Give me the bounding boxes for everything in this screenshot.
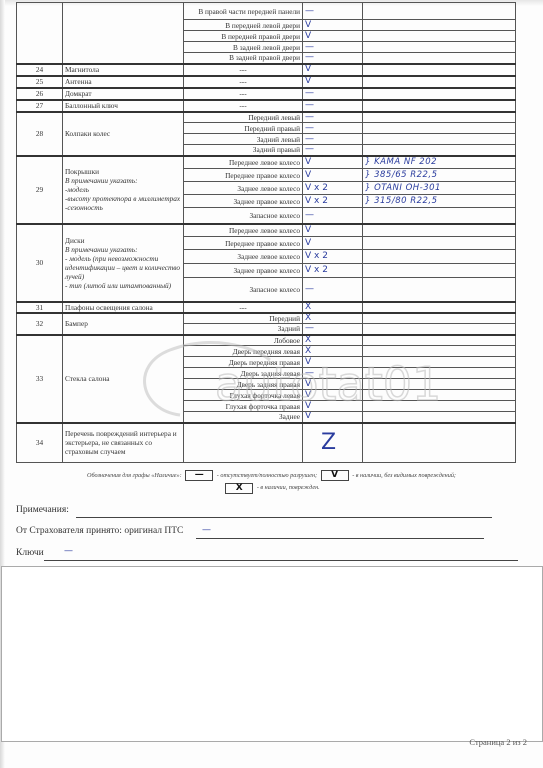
- presence-mark[interactable]: —: [303, 3, 363, 20]
- presence-mark[interactable]: —: [303, 278, 363, 302]
- presence-mark[interactable]: —: [303, 42, 363, 53]
- item-name: Баллонный ключ: [63, 100, 184, 112]
- notes-label: Примечания:: [16, 505, 69, 515]
- presence-mark[interactable]: X: [303, 302, 363, 313]
- sub-item-label: Глухая форточка правая: [184, 401, 303, 412]
- legend-ok-box: V: [321, 470, 349, 481]
- legend-damaged-text: - в наличии, поврежден.: [257, 484, 320, 491]
- table-row: 31Плафоны освещения салона---X: [17, 302, 516, 313]
- legend-absent-box: —: [185, 470, 213, 481]
- table-row: 30ДискиВ примечании указать:- модель (пр…: [17, 224, 516, 237]
- item-name: Перечень повреждений интерьера и экстерь…: [63, 423, 184, 463]
- presence-mark[interactable]: V: [303, 224, 363, 237]
- note-cell[interactable]: [363, 401, 516, 412]
- note-cell[interactable]: } KAMA NF 202: [363, 156, 516, 169]
- sub-item-label: Передний левый: [184, 112, 303, 123]
- notes-field[interactable]: [76, 517, 492, 518]
- item-name: Стекла салона: [63, 335, 184, 423]
- keys-value: —: [64, 546, 73, 556]
- item-title: Перечень повреждений интерьера и экстерь…: [65, 429, 181, 456]
- sub-item-label: Дверь передняя правая: [184, 357, 303, 368]
- sub-item-label: Переднее правое колесо: [184, 169, 303, 182]
- note-cell[interactable]: [363, 88, 516, 100]
- presence-mark[interactable]: X: [303, 335, 363, 346]
- table-row: 28Колпаки колесПередний левый—: [17, 112, 516, 123]
- row-number: 30: [17, 224, 63, 302]
- table-row: 24Магнитола---V: [17, 64, 516, 76]
- note-cell[interactable]: [363, 100, 516, 112]
- note-cell[interactable]: [363, 208, 516, 224]
- presence-mark[interactable]: V: [303, 379, 363, 390]
- presence-mark[interactable]: X: [303, 346, 363, 357]
- item-title: Стекла салона: [65, 374, 181, 383]
- cross-icon: X: [226, 483, 252, 493]
- table-row: 33Стекла салонаЛобовоеX: [17, 335, 516, 346]
- note-cell[interactable]: [363, 278, 516, 302]
- sub-item-label: ---: [184, 100, 303, 112]
- item-instruction: -сезонность: [65, 203, 181, 212]
- blank-area: [1, 566, 543, 742]
- note-cell[interactable]: } 385/65 R22,5: [363, 169, 516, 182]
- table-row: 32БамперПереднийX: [17, 313, 516, 324]
- sub-item-label: В задней правой двери: [184, 53, 303, 64]
- legend-ok-text: - в наличии, без видимых повреждений;: [352, 472, 456, 479]
- sub-item-label: Глухая форточка левая: [184, 390, 303, 401]
- note-cell[interactable]: [363, 250, 516, 264]
- presence-mark[interactable]: X: [303, 313, 363, 324]
- legend-absent-text: - отсутствует/полностью разрушен;: [217, 472, 317, 479]
- presence-mark[interactable]: V: [303, 156, 363, 169]
- page-number: Страница 2 из 2: [469, 737, 527, 747]
- row-number: [17, 3, 63, 64]
- sub-item-label: Задний: [184, 324, 303, 335]
- note-cell[interactable]: [363, 112, 516, 123]
- row-number: 24: [17, 64, 63, 76]
- presence-mark[interactable]: —: [303, 145, 363, 156]
- sub-item-label: Заднее правое колесо: [184, 195, 303, 208]
- item-title: Плафоны освещения салона: [65, 303, 181, 312]
- presence-mark[interactable]: V: [303, 169, 363, 182]
- item-title: Покрышки: [65, 167, 181, 176]
- note-cell[interactable]: [363, 412, 516, 423]
- note-cell[interactable]: [363, 264, 516, 278]
- item-instruction: В примечании указать:: [65, 245, 181, 254]
- item-name: Бампер: [63, 313, 184, 335]
- item-title: Диски: [65, 236, 181, 245]
- table-row: 29ПокрышкиВ примечании указать:-модель-в…: [17, 156, 516, 169]
- item-instruction: -модель: [65, 185, 181, 194]
- presence-mark[interactable]: —: [303, 123, 363, 134]
- presence-mark[interactable]: —: [303, 208, 363, 224]
- presence-mark[interactable]: V x 2: [303, 182, 363, 195]
- item-title: Колпаки колес: [65, 129, 181, 138]
- note-cell[interactable]: [363, 53, 516, 64]
- sub-item-label: Переднее правое колесо: [184, 237, 303, 250]
- sub-item-label: Задний левый: [184, 134, 303, 145]
- legend-damaged-box: X: [225, 483, 253, 494]
- sub-item-label: ---: [184, 302, 303, 313]
- pts-label: От Страхователя принято: оригинал ПТС: [16, 526, 183, 536]
- presence-mark[interactable]: Z: [303, 423, 363, 463]
- dash-icon: —: [186, 470, 212, 480]
- presence-mark[interactable]: V x 2: [303, 264, 363, 278]
- item-name: [63, 3, 184, 64]
- item-instruction: - модель (при невозможности идентификаци…: [65, 254, 181, 281]
- note-cell[interactable]: } OTANI OH-301: [363, 182, 516, 195]
- item-title: Магнитола: [65, 65, 181, 74]
- item-title: Баллонный ключ: [65, 101, 181, 110]
- note-cell[interactable]: [363, 313, 516, 324]
- sub-item-label: Запасное колесо: [184, 208, 303, 224]
- presence-mark[interactable]: —: [303, 368, 363, 379]
- note-cell[interactable]: [363, 31, 516, 42]
- item-name: ДискиВ примечании указать:- модель (при …: [63, 224, 184, 302]
- pts-field[interactable]: [196, 538, 484, 539]
- note-cell[interactable]: [363, 335, 516, 346]
- item-instruction: -высоту протектора в миллиметрах: [65, 194, 181, 203]
- row-number: 34: [17, 423, 63, 463]
- item-name: Магнитола: [63, 64, 184, 76]
- item-instruction: В примечании указать:: [65, 176, 181, 185]
- sub-item-label: Заднее левое колесо: [184, 250, 303, 264]
- note-cell[interactable]: [363, 64, 516, 76]
- presence-mark[interactable]: V x 2: [303, 250, 363, 264]
- sub-item-label: Заднее правое колесо: [184, 264, 303, 278]
- sub-item-label: ---: [184, 64, 303, 76]
- note-cell[interactable]: [363, 379, 516, 390]
- note-cell[interactable]: [363, 357, 516, 368]
- item-name: ПокрышкиВ примечании указать:-модель-выс…: [63, 156, 184, 224]
- check-icon: V: [322, 470, 348, 480]
- sub-item-label: Передний правый: [184, 123, 303, 134]
- note-cell[interactable]: [363, 3, 516, 20]
- note-cell[interactable]: [363, 324, 516, 335]
- presence-mark[interactable]: V: [303, 412, 363, 423]
- note-cell[interactable]: [363, 145, 516, 156]
- sub-item-label: Дверь передняя левая: [184, 346, 303, 357]
- sub-item-label: В правой части передней панели: [184, 3, 303, 20]
- note-cell[interactable]: [363, 302, 516, 313]
- sub-item-label: Дверь задняя правая: [184, 379, 303, 390]
- row-number: 28: [17, 112, 63, 156]
- table-row: В правой части передней панели—: [17, 3, 516, 20]
- table-row: 34Перечень повреждений интерьера и эксте…: [17, 423, 516, 463]
- note-cell[interactable]: } 315/80 R22,5: [363, 195, 516, 208]
- note-cell[interactable]: [363, 224, 516, 237]
- sub-item-label: Задний правый: [184, 145, 303, 156]
- presence-mark[interactable]: —: [303, 112, 363, 123]
- sub-item-label: Передний: [184, 313, 303, 324]
- sub-item-label: ---: [184, 88, 303, 100]
- sub-item-label: В передней левой двери: [184, 20, 303, 31]
- table-row: 27Баллонный ключ---—: [17, 100, 516, 112]
- item-title: Антенна: [65, 77, 181, 86]
- note-cell[interactable]: [363, 368, 516, 379]
- item-title: Бампер: [65, 319, 181, 328]
- table-row: 26Домкрат---—: [17, 88, 516, 100]
- sub-item-label: Заднее левое колесо: [184, 182, 303, 195]
- note-cell[interactable]: [363, 76, 516, 88]
- row-number: 27: [17, 100, 63, 112]
- item-title: Домкрат: [65, 89, 181, 98]
- item-name: Антенна: [63, 76, 184, 88]
- table-row: 25Антенна---V: [17, 76, 516, 88]
- row-number: 26: [17, 88, 63, 100]
- row-number: 29: [17, 156, 63, 224]
- presence-mark[interactable]: V: [303, 20, 363, 31]
- presence-mark[interactable]: —: [303, 88, 363, 100]
- presence-mark[interactable]: V: [303, 76, 363, 88]
- item-name: Плафоны освещения салона: [63, 302, 184, 313]
- inspection-table: В правой части передней панели—В передне…: [16, 2, 516, 463]
- presence-mark[interactable]: —: [303, 53, 363, 64]
- sub-item-label: ---: [184, 76, 303, 88]
- row-number: 33: [17, 335, 63, 423]
- presence-mark[interactable]: V: [303, 401, 363, 412]
- sub-item-label: Переднее левое колесо: [184, 156, 303, 169]
- presence-mark[interactable]: V: [303, 357, 363, 368]
- note-cell[interactable]: [363, 390, 516, 401]
- note-cell[interactable]: [363, 237, 516, 250]
- presence-mark[interactable]: V: [303, 31, 363, 42]
- presence-mark[interactable]: —: [303, 324, 363, 335]
- note-cell[interactable]: [363, 134, 516, 145]
- keys-field[interactable]: [44, 560, 518, 561]
- presence-legend: Обозначения для графы «Наличие»: — - отс…: [0, 470, 543, 494]
- note-cell[interactable]: [363, 123, 516, 134]
- presence-mark[interactable]: V: [303, 237, 363, 250]
- document-page: В правой части передней панели—В передне…: [0, 0, 543, 768]
- row-number: 25: [17, 76, 63, 88]
- sub-item-label: В задней левой двери: [184, 42, 303, 53]
- legend-prefix: Обозначения для графы «Наличие»:: [87, 472, 182, 479]
- pts-value: —: [202, 525, 211, 535]
- sub-item-label: Запасное колесо: [184, 278, 303, 302]
- note-cell[interactable]: [363, 42, 516, 53]
- sub-item-label: Переднее левое колесо: [184, 224, 303, 237]
- note-cell[interactable]: [363, 423, 516, 463]
- sub-item-label: Заднее: [184, 412, 303, 423]
- sub-item-label: [184, 423, 303, 463]
- presence-mark[interactable]: —: [303, 100, 363, 112]
- item-instruction: - тип (литой или штампованный): [65, 281, 181, 290]
- presence-mark[interactable]: V: [303, 64, 363, 76]
- item-name: Колпаки колес: [63, 112, 184, 156]
- note-cell[interactable]: [363, 346, 516, 357]
- note-cell[interactable]: [363, 20, 516, 31]
- presence-mark[interactable]: —: [303, 134, 363, 145]
- keys-label: Ключи: [16, 548, 44, 558]
- sub-item-label: Дверь задняя левая: [184, 368, 303, 379]
- sub-item-label: Лобовое: [184, 335, 303, 346]
- item-name: Домкрат: [63, 88, 184, 100]
- presence-mark[interactable]: V: [303, 390, 363, 401]
- sub-item-label: В передней правой двери: [184, 31, 303, 42]
- row-number: 31: [17, 302, 63, 313]
- row-number: 32: [17, 313, 63, 335]
- presence-mark[interactable]: V x 2: [303, 195, 363, 208]
